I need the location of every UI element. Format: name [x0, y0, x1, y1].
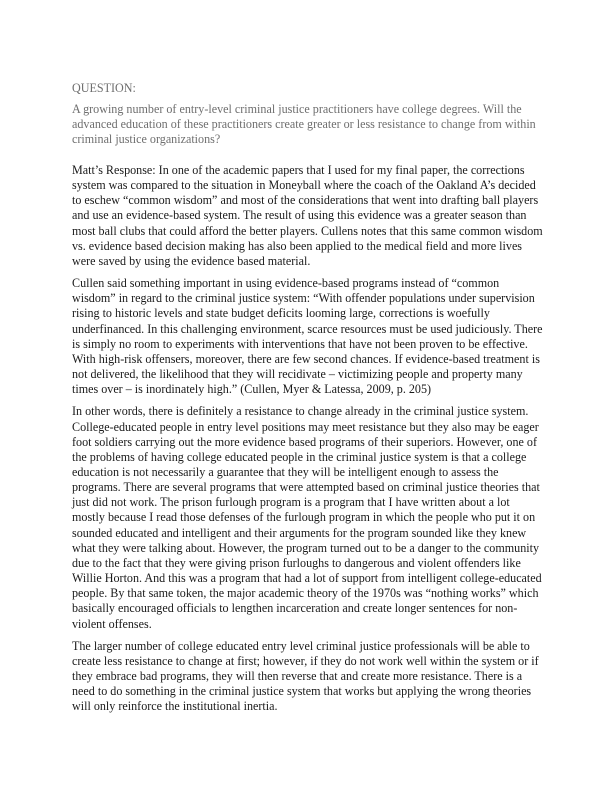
text-line: Willie Horton. And this was a program th… — [72, 571, 542, 586]
text-line: Cullen said something important in using… — [72, 276, 542, 291]
text-line: In other words, there is definitely a re… — [72, 404, 542, 419]
text-line: system was compared to the situation in … — [72, 178, 542, 193]
paragraph-cullen-quote: Cullen said something important in using… — [72, 276, 542, 397]
text-line: the problems of having college educated … — [72, 450, 542, 465]
text-line: what they were talking about. However, t… — [72, 541, 542, 556]
text-line: to eschew “common wisdom” and most of th… — [72, 193, 542, 208]
question-block: QUESTION: A growing number of entry-leve… — [72, 81, 542, 147]
text-line: due to the fact that they were giving pr… — [72, 556, 542, 571]
paragraph-resistance: In other words, there is definitely a re… — [72, 404, 542, 631]
paragraph-conclusion: The larger number of college educated en… — [72, 639, 542, 715]
text-line: foot soldiers carrying out the more evid… — [72, 435, 542, 450]
text-line: sounded educated and intelligent and the… — [72, 526, 542, 541]
text-line: mostly because I read those defenses of … — [72, 510, 542, 525]
text-line: were saved by using the evidence based m… — [72, 254, 542, 269]
text-line: not delivered, the likelihood that they … — [72, 367, 542, 382]
text-line: need to do something in the criminal jus… — [72, 684, 542, 699]
text-line: times over – is inordinately high.” (Cul… — [72, 382, 542, 397]
text-line: they embrace bad programs, they will the… — [72, 669, 542, 684]
text-line: education is not necessarily a guarantee… — [72, 465, 542, 480]
text-line: and use an evidence-based system. The re… — [72, 208, 542, 223]
text-line: vs. evidence based decision making has a… — [72, 239, 542, 254]
text-line: is simply no room to experiments with in… — [72, 337, 542, 352]
document-page: QUESTION: A growing number of entry-leve… — [0, 0, 606, 800]
text-line: basically encouraged officials to length… — [72, 601, 542, 616]
text-line: rising to historic levels and state budg… — [72, 306, 542, 321]
question-line: advanced education of these practitioner… — [72, 117, 542, 132]
text-line: people. By that same token, the major ac… — [72, 586, 542, 601]
text-line: most ball clubs that could afford the be… — [72, 224, 542, 239]
text-line: just did not work. The prison furlough p… — [72, 495, 542, 510]
text-line: violent offenses. — [72, 617, 542, 632]
text-line: underfinanced. In this challenging envir… — [72, 322, 542, 337]
text-line: programs. There are several programs tha… — [72, 480, 542, 495]
question-line: criminal justice organizations? — [72, 132, 542, 147]
text-line: College-educated people in entry level p… — [72, 420, 542, 435]
text-line: With high-risk offensers, moreover, ther… — [72, 352, 542, 367]
text-line: wisdom” in regard to the criminal justic… — [72, 291, 542, 306]
text-line: The larger number of college educated en… — [72, 639, 542, 654]
paragraph-moneyball: Matt’s Response: In one of the academic … — [72, 163, 542, 269]
question-label: QUESTION: — [72, 81, 542, 96]
question-text: A growing number of entry-level criminal… — [72, 102, 542, 147]
text-line: will only reinforce the institutional in… — [72, 699, 542, 714]
question-line: A growing number of entry-level criminal… — [72, 102, 542, 117]
response-body: Matt’s Response: In one of the academic … — [72, 163, 542, 721]
text-line: create less resistance to change at firs… — [72, 654, 542, 669]
text-line: Matt’s Response: In one of the academic … — [72, 163, 542, 178]
